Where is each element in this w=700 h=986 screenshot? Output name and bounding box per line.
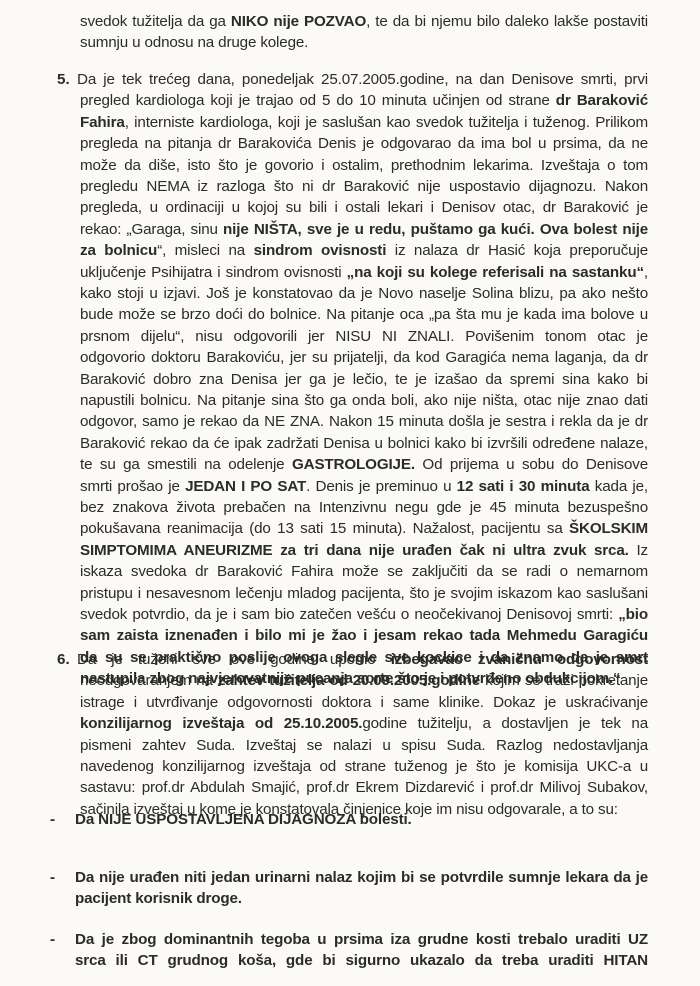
text: Baraković dobro zna Denisa jer ga je leč… [80, 371, 648, 388]
item-line: za bolnicu“, misleci na sindrom ovisnost… [80, 241, 648, 261]
item-line: odgovor, samo je rekao da NE ZNA. Nakon … [80, 412, 648, 432]
bold-text: JEDAN I PO SAT [185, 478, 306, 495]
text: kako stoji u izjavi. Još je konstatovao … [80, 285, 648, 302]
bold-text: ŠKOLSKIM [569, 520, 648, 537]
text: kada je, [590, 478, 649, 495]
bold-text: pacijent korisnik droge. [75, 890, 242, 907]
bullet-line: srca ili CT grudnog koša, gde bi sigurno… [75, 951, 648, 971]
bold-text: zahtev tužitelja od 20.09.2005.godine [218, 672, 480, 689]
item-line: sam zaista iznenađen i bilo mi je žao i … [80, 626, 648, 646]
bold-text: nije NIŠTA, sve je u redu, puštamo ga ku… [223, 221, 648, 238]
paragraph-line: svedok tužitelja da ga NIKO nije POZVAO,… [80, 12, 648, 32]
bullet-dash: - [50, 930, 55, 950]
item-line: Baraković dobro zna Denisa jer ga je leč… [80, 370, 648, 390]
bold-text: Da nije urađen niti jedan urinarni nalaz… [75, 869, 648, 886]
text: prsnom dijelu“, nisu odgovorili jer NISU… [80, 328, 648, 345]
text: svedok tužitelja da ga [80, 13, 231, 30]
bold-text: „bio [618, 606, 648, 623]
bold-text: Da je zbog dominantnih tegoba u prsima i… [75, 931, 648, 948]
text: istrage i utvrđivanje odgovornosti dokto… [80, 694, 648, 711]
text: odgovor, samo je rekao da NE ZNA. Nakon … [80, 413, 648, 430]
bullet-dash: - [50, 868, 55, 888]
text: napustili bolnicu. Na pitanje sina što g… [80, 392, 648, 409]
text: iz nalaza dr Hasić koja preporučuje [386, 242, 648, 259]
item-line: kako stoji u izjavi. Još je konstatovao … [80, 284, 648, 304]
bold-text: Da NIJE USPOSTAVLJENA DIJAGNOZA bolesti. [75, 811, 412, 828]
text: pismeni zahtev Suda. Izveštaj se nalazi … [80, 737, 648, 754]
item-line: SIMPTOMIMA ANEURIZME za tri dana nije ur… [80, 541, 648, 561]
bold-text: NIKO nije POZVAO [231, 13, 366, 30]
bold-text: dr Baraković [556, 92, 648, 109]
bold-text: izbegavao zvaničnu odgovornost [391, 651, 648, 668]
item-line: te su ga smestili na odelenje GASTROLOGI… [80, 455, 648, 475]
text: , te da bi njemu bilo daleko lakše posta… [366, 13, 648, 30]
item-line: navedenog konzilijarnog izveštaja od str… [80, 757, 648, 777]
item-line: bude može se brzo doći do bolnice. Na pi… [80, 305, 648, 325]
bold-text: 12 sati i 30 minuta [457, 478, 590, 495]
text: bude može se brzo doći do bolnice. Na pi… [80, 306, 648, 323]
item-line: pismeni zahtev Suda. Izveštaj se nalazi … [80, 736, 648, 756]
item-line: istrage i utvrđivanje odgovornosti dokto… [80, 693, 648, 713]
bold-text: konzilijarnog izveštaja od 25.10.2005. [80, 715, 362, 732]
text: . Denis je preminuo u [306, 478, 457, 495]
text: pregled kardiologa koji je trajao od 5 d… [80, 92, 556, 109]
bold-text: GASTROLOGIJE. [292, 456, 415, 473]
item-line: neodgovaranjem na zahtev tužitelja od 20… [80, 671, 648, 691]
text: pregledu NEMA iz razloga što ni dr Barak… [80, 178, 648, 195]
item-number: 5. [57, 70, 70, 90]
bold-text: srca ili CT grudnog koša, gde bi sigurno… [75, 952, 648, 969]
item-line: Da je tek trećeg dana, ponedeljak 25.07.… [77, 70, 648, 90]
bullet-line: Da NIJE USPOSTAVLJENA DIJAGNOZA bolesti. [75, 810, 648, 830]
item-line: odgovorio doktoru Barakoviću, jer su pri… [80, 348, 648, 368]
item-line: sastavu: prof.dr Abdulah Smajić, prof.dr… [80, 778, 648, 798]
text: neodgovaranjem na [80, 672, 218, 689]
text: Da je tuženi sve ove godine upomo [77, 651, 391, 668]
text: “, misleci na [157, 242, 253, 259]
text: pristupu i nesavesnom lečenju mladog pac… [80, 585, 648, 602]
bold-text: sam zaista iznenađen i bilo mi je žao i … [80, 627, 648, 644]
text: bez znakova života prebačen na Intenzivn… [80, 499, 648, 516]
text: Baraković rekao da će ipak zadržati Deni… [80, 435, 648, 452]
item-line: konzilijarnog izveštaja od 25.10.2005.go… [80, 714, 648, 734]
text: rekao: „Garaga, sinu [80, 221, 223, 238]
item-line: prsnom dijelu“, nisu odgovorili jer NISU… [80, 327, 648, 347]
item-line: pokušavana reanimacija (do 13 sati 15 mi… [80, 519, 648, 539]
text: pregleda na pitanja dr Barakovića Denis … [80, 135, 648, 152]
text: uključenje Psihijatra i sindrom ovisnost… [80, 264, 347, 281]
text: smrti prošao je [80, 478, 185, 495]
item-line: rekao: „Garaga, sinu nije NIŠTA, sve je … [80, 220, 648, 240]
text: Od prijema u sobu do Denisove [415, 456, 648, 473]
item-line: može da diše, isto što je govorio i osta… [80, 156, 648, 176]
text: te su ga smestili na odelenje [80, 456, 292, 473]
bullet-line: Da je zbog dominantnih tegoba u prsima i… [75, 930, 648, 950]
bold-text: SIMPTOMIMA ANEURIZME za tri dana nije ur… [80, 542, 629, 559]
item-line: iskaza svedoka dr Baraković Fahira može … [80, 562, 648, 582]
text: Da je tek trećeg dana, ponedeljak 25.07.… [77, 71, 648, 88]
item-line: Fahira, interniste kardiologa, koji je s… [80, 113, 648, 133]
item-line: bez znakova života prebačen na Intenzivn… [80, 498, 648, 518]
bullet-dash: - [50, 810, 55, 830]
text: , interniste kardiologa, koji je sasluša… [125, 114, 648, 131]
item-line: pristupu i nesavesnom lečenju mladog pac… [80, 584, 648, 604]
text: , [644, 264, 648, 281]
text: pregleda, u ordinaciji u kojoj su bili i… [80, 199, 648, 216]
bullet-line: Da nije urađen niti jedan urinarni nalaz… [75, 868, 648, 888]
bold-text: za bolnicu [80, 242, 157, 259]
item-line: pregleda na pitanja dr Barakovića Denis … [80, 134, 648, 154]
item-line: Da je tuženi sve ove godine upomo izbega… [77, 650, 648, 670]
text: godine tužitelju, a dostavljen je tek na [362, 715, 648, 732]
bold-text: „na koji su kolege referisali na sastank… [347, 264, 644, 281]
text: svedok potvrdio, da je i sam bio zatečen… [80, 606, 618, 623]
text: iskaza svedoka dr Baraković Fahira može … [80, 563, 648, 580]
text: odgovorio doktoru Barakoviću, jer su pri… [80, 349, 648, 366]
text: Iz [629, 542, 648, 559]
item-line: pregleda, u ordinaciji u kojoj su bili i… [80, 198, 648, 218]
text: sastavu: prof.dr Abdulah Smajić, prof.dr… [80, 779, 648, 796]
item-line: pregled kardiologa koji je trajao od 5 d… [80, 91, 648, 111]
text: navedenog konzilijarnog izveštaja od str… [80, 758, 648, 775]
bold-text: Fahira [80, 114, 125, 131]
item-line: svedok potvrdio, da je i sam bio zatečen… [80, 605, 648, 625]
text: može da diše, isto što je govorio i osta… [80, 157, 648, 174]
text: sumnju u odnosu na druge kolege. [80, 34, 308, 51]
item-number: 6. [57, 650, 70, 670]
document-page: svedok tužitelja da ga NIKO nije POZVAO,… [0, 0, 700, 986]
item-line: Baraković rekao da će ipak zadržati Deni… [80, 434, 648, 454]
item-line: napustili bolnicu. Na pitanje sina što g… [80, 391, 648, 411]
item-line: smrti prošao je JEDAN I PO SAT. Denis je… [80, 477, 648, 497]
item-line: uključenje Psihijatra i sindrom ovisnost… [80, 263, 648, 283]
paragraph-line: sumnju u odnosu na druge kolege. [80, 33, 648, 53]
bullet-line: pacijent korisnik droge. [75, 889, 648, 909]
bold-text: sindrom ovisnosti [254, 242, 387, 259]
text: kojim se traži pokretanje [480, 672, 648, 689]
text: pokušavana reanimacija (do 13 sati 15 mi… [80, 520, 569, 537]
item-line: pregledu NEMA iz razloga što ni dr Barak… [80, 177, 648, 197]
